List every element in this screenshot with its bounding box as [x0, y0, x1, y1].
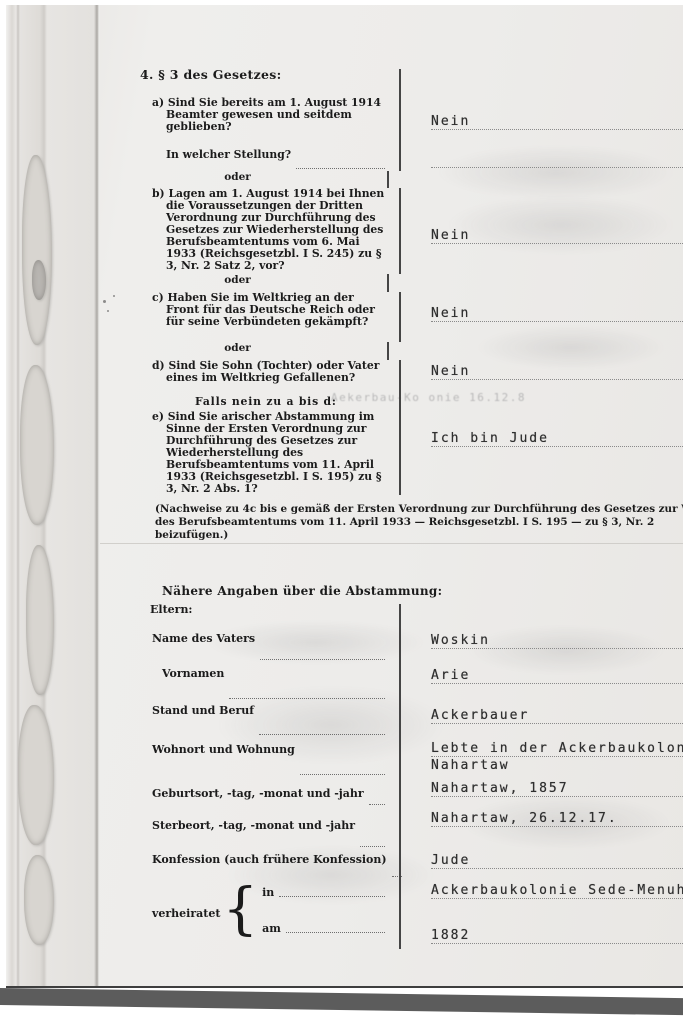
book-binding-edge	[6, 5, 100, 986]
paper-tear	[18, 705, 54, 845]
section-heading: 4. § 3 des Gesetzes:	[100, 69, 399, 97]
dot-leader	[360, 820, 385, 847]
dot-leader	[300, 744, 385, 775]
connector-oder: oder	[100, 342, 387, 360]
typed-vater-name: Woskin	[431, 633, 490, 648]
ink-mark	[32, 260, 46, 300]
dot-leader	[229, 668, 385, 699]
typed-wohnort-line2: Nahartaw	[431, 758, 683, 773]
form-content: 4. § 3 des Gesetzes: a) Sind Sie bereits…	[100, 10, 683, 949]
brace-glyph: {	[220, 879, 262, 949]
typed-verheiratet-am: 1882	[431, 928, 470, 943]
dot-leader	[296, 149, 385, 169]
typed-answer-e: Ich bin Jude	[431, 431, 549, 446]
answer-line-verheiratet-am: 1882	[431, 924, 683, 944]
answer-line-c: Nein	[431, 302, 683, 322]
answer-line-sterbeort: Nahartaw, 26.12.17.	[431, 807, 683, 827]
answer-line-verheiratet-in: Ackerbaukolonie Sede-Menuha	[431, 879, 683, 899]
connector-oder: oder	[100, 274, 387, 292]
typed-verheiratet-in: Ackerbaukolonie Sede-Menuha	[431, 883, 683, 898]
evidence-note: (Nachweise zu 4c bis e gemäß der Ersten …	[155, 503, 683, 542]
typed-answer-c: Nein	[431, 306, 470, 321]
field-wohnort: Wohnort und Wohnung	[100, 737, 399, 777]
dot-leader	[369, 788, 385, 805]
typed-sterbeort: Nahartaw, 26.12.17.	[431, 811, 618, 826]
scanned-page: Aekerbau-Ko onie 16.12.8 4. § 3 des Gese…	[6, 5, 683, 988]
field-name-des-vaters: Name des Vaters	[100, 629, 399, 662]
typed-answer-a: Nein	[431, 114, 470, 129]
eltern-subheading: Eltern:	[100, 604, 399, 629]
connector-oder: oder	[100, 171, 387, 188]
sub-question-stellung: In welcher Stellung?	[100, 149, 399, 171]
paper-tear	[20, 365, 54, 525]
answer-line-e: Ich bin Jude	[431, 427, 683, 447]
dot-leader	[260, 633, 385, 660]
question-d: d) Sind Sie Sohn (Tochter) oder Vater ei…	[100, 360, 399, 396]
typed-answer-b: Nein	[431, 228, 470, 243]
question-b: b) Lagen am 1. August 1914 bei Ihnen die…	[100, 188, 399, 274]
dot-leader	[259, 705, 385, 735]
field-geburtsort: Geburtsort, -tag, -monat und -jahr	[100, 777, 399, 807]
paper-tear	[22, 155, 52, 345]
typed-wohnort: Lebte in der Ackerbaukolon	[431, 741, 683, 756]
question-c: c) Haben Sie im Weltkrieg an der Front f…	[100, 292, 399, 342]
field-verheiratet-in: in	[262, 887, 387, 899]
answer-column	[399, 69, 683, 97]
ancestry-heading: Nähere Angaben über die Abstammung:	[100, 584, 683, 598]
answer-line-geburtsort: Nahartaw, 1857	[431, 777, 683, 797]
answer-line-stellung	[431, 150, 683, 168]
typed-konfession: Jude	[431, 853, 470, 868]
typed-geburtsort: Nahartaw, 1857	[431, 781, 569, 796]
answer-line-wohnort: Lebte in der Ackerbaukolon	[431, 737, 683, 757]
dot-leader	[279, 887, 385, 897]
field-stand-und-beruf: Stand und Beruf	[100, 701, 399, 737]
falls-nein-note: Falls nein zu a bis d:	[100, 396, 399, 411]
answer-line-b: Nein	[431, 224, 683, 244]
paper-tear	[26, 545, 54, 695]
field-vornamen: Vornamen	[100, 662, 399, 701]
question-a: a) Sind Sie bereits am 1. August 1914 Be…	[100, 97, 399, 149]
answer-line-konfession: Jude	[431, 849, 683, 869]
page-bottom-shadow	[0, 988, 683, 1015]
paper-tear	[24, 855, 54, 945]
question-e: e) Sind Sie arischer Abstammung im Sinne…	[100, 411, 399, 495]
field-konfession: Konfession (auch frühere Konfession)	[100, 849, 399, 879]
field-verheiratet-am: am	[262, 923, 387, 935]
field-sterbeort: Sterbeort, -tag, -monat und -jahr	[100, 807, 399, 849]
typed-vornamen: Arie	[431, 668, 470, 683]
answer-line-vornamen: Arie	[431, 664, 683, 684]
field-verheiratet: verheiratet { in am	[100, 879, 399, 949]
typed-answer-d: Nein	[431, 364, 470, 379]
answer-line-vater-name: Woskin	[431, 629, 683, 649]
answer-line-d: Nein	[431, 360, 683, 380]
dot-leader	[286, 923, 385, 933]
answer-line-a: Nein	[431, 110, 683, 130]
typed-beruf: Ackerbauer	[431, 708, 529, 723]
answer-line-beruf: Ackerbauer	[431, 704, 683, 724]
